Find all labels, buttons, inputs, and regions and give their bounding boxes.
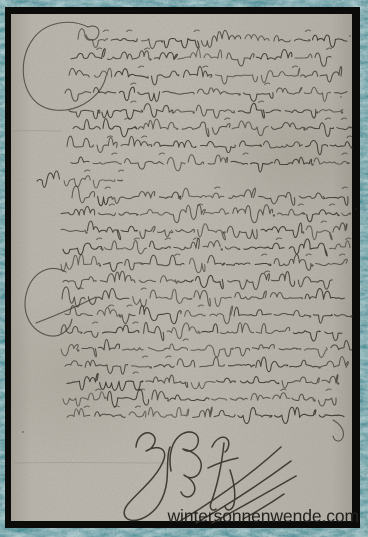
watermark-text: wintersonnenwende.com — [168, 508, 360, 526]
manuscript-scan: wintersonnenwende.com — [0, 0, 368, 537]
paper-sheet — [11, 14, 352, 521]
paper-grain — [11, 14, 352, 521]
